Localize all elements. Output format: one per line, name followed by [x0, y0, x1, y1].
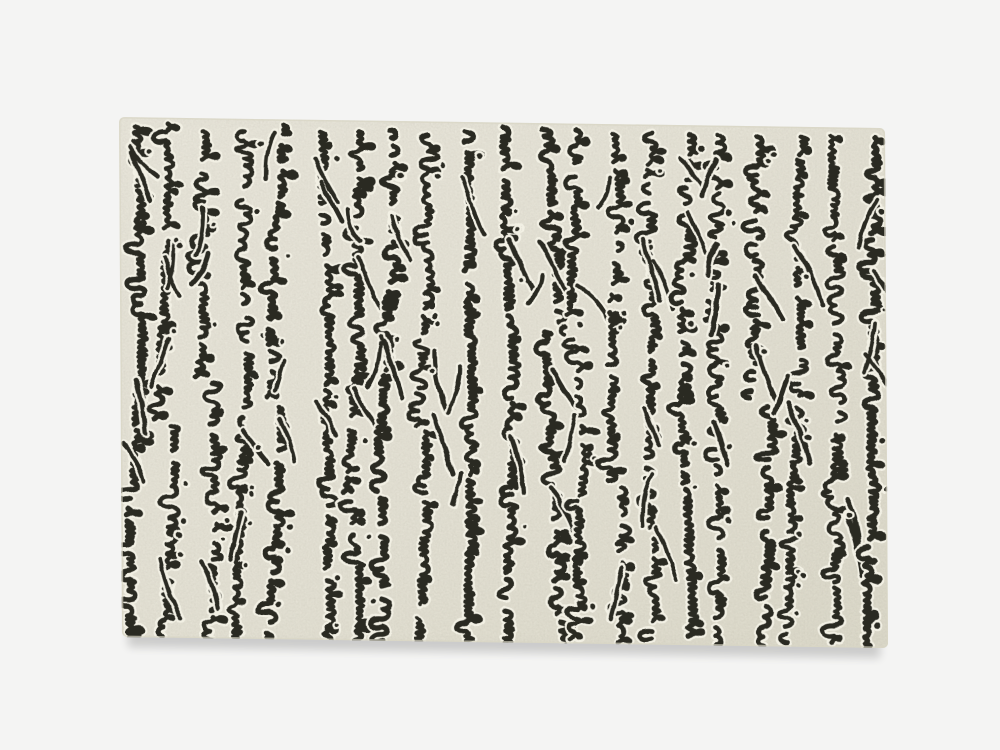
rug-surface [113, 117, 899, 662]
rug [113, 117, 899, 662]
product-photo-stage [0, 0, 1000, 750]
rug-photo [0, 0, 1000, 750]
